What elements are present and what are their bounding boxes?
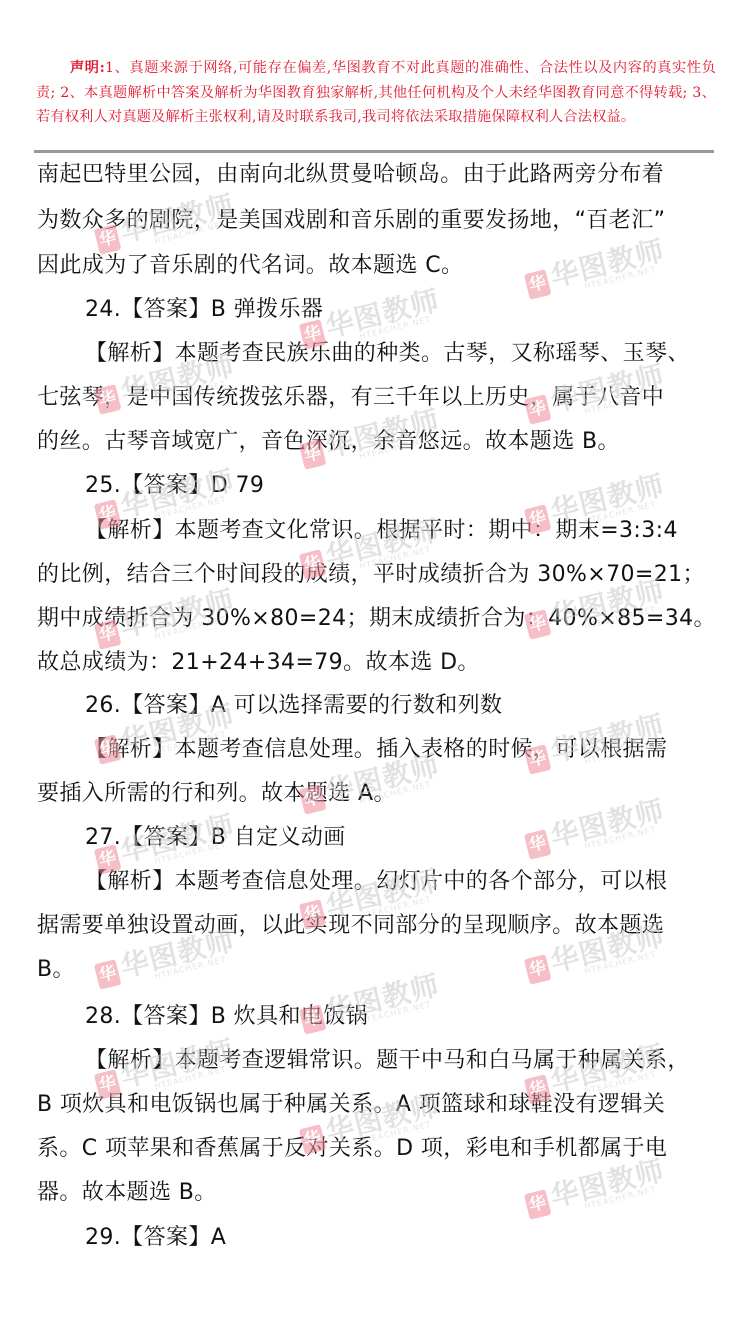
analysis-line: 【解析】本题考查民族乐曲的种类。古琴，又称瑶琴、玉琴、 <box>85 339 690 369</box>
disclaimer: 声明:1、真题来源于网络,可能存在偏差,华图教育不对此真题的准确性、合法性以及内… <box>36 56 716 130</box>
text-line: 系。C 项苹果和香蕉属于反对关系。D 项，彩电和手机都属于电 <box>37 1134 667 1164</box>
analysis-line: 【解析】本题考查文化常识。根据平时：期中：期末=3:3:4 <box>85 516 678 546</box>
watermark-logo-icon: 华 <box>524 269 552 300</box>
text-line: 七弦琴，是中国传统拨弦乐器，有三千年以上历史，属于八音中 <box>37 383 664 413</box>
disclaimer-text: 1、真题来源于网络,可能存在偏差,华图教育不对此真题的准确性、合法性以及内容的真… <box>36 60 716 125</box>
watermark-logo-icon: 华 <box>524 829 552 860</box>
text-line: 因此成为了音乐剧的代名词。故本题选 C。 <box>37 251 463 281</box>
analysis-line: 【解析】本题考查逻辑常识。题干中马和白马属于种属关系， <box>85 1046 690 1076</box>
text-line: 南起巴特里公园，由南向北纵贯曼哈顿岛。由于此路两旁分布着 <box>37 160 664 190</box>
answer-25-line: 25.【答案】D 79 <box>85 471 264 501</box>
watermark-logo-icon: 华 <box>524 954 552 985</box>
analysis-line: 【解析】本题考查信息处理。插入表格的时候，可以根据需 <box>85 735 667 765</box>
text-line: 的比例，结合三个时间段的成绩，平时成绩折合为 30%×70=21； <box>37 560 705 590</box>
text-line: B。 <box>37 955 75 985</box>
text-line: 故总成绩为：21+24+34=79。故本选 D。 <box>37 648 480 678</box>
text-line: 据需要单独设置动画，以此实现不同部分的呈现顺序。故本题选 <box>37 911 664 941</box>
text-line: 为数众多的剧院，是美国戏剧和音乐剧的重要发扬地，“百老汇” <box>37 206 665 236</box>
disclaimer-label: 声明: <box>70 60 105 76</box>
text-line: 期中成绩折合为 30%×80=24；期末成绩折合为：40%×85=34。 <box>37 604 716 634</box>
text-line: 要插入所需的行和列。故本题选 A。 <box>37 779 396 809</box>
text-line: 器。故本题选 B。 <box>37 1178 217 1208</box>
watermark: 华华图教师HTEACHER.NET <box>520 783 680 878</box>
answer-26-line: 26.【答案】A 可以选择需要的行数和列数 <box>85 691 502 721</box>
text-line: 的丝。古琴音域宽广，音色深沉，余音悠远。故本题选 B。 <box>37 427 620 457</box>
watermark: 华华图教师HTEACHER.NET <box>520 223 680 318</box>
answer-29-line: 29.【答案】A <box>85 1223 226 1253</box>
watermark-logo-icon: 华 <box>524 1189 552 1220</box>
answer-24-line: 24.【答案】B 弹拨乐器 <box>85 295 323 325</box>
header-divider <box>34 150 714 153</box>
watermark-logo-icon: 华 <box>94 959 122 990</box>
analysis-line: 【解析】本题考查信息处理。幻灯片中的各个部分，可以根 <box>85 867 667 897</box>
answer-27-line: 27.【答案】B 自定义动画 <box>85 823 346 853</box>
text-line: B 项炊具和电饭锅也属于种属关系。A 项篮球和球鞋没有逻辑关 <box>37 1090 665 1120</box>
answer-28-line: 28.【答案】B 炊具和电饭锅 <box>85 1002 368 1032</box>
